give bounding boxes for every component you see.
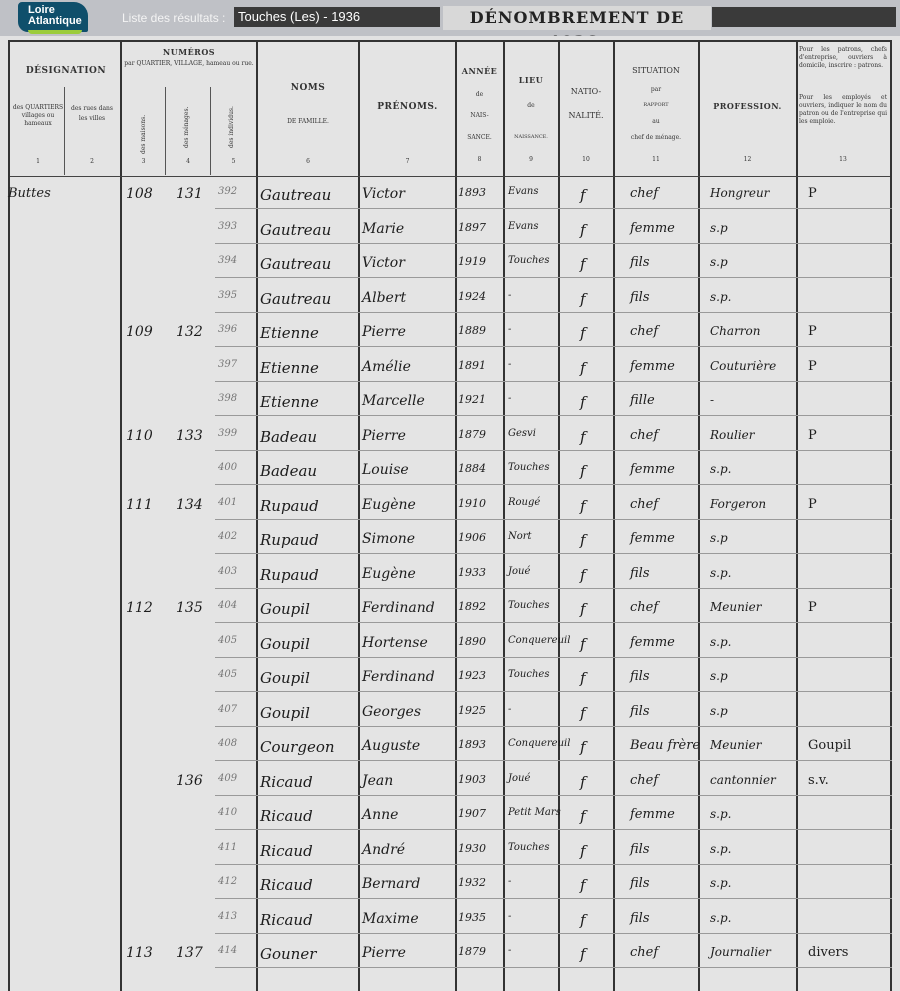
header-col1: des QUARTIERS villages ou hameaux	[12, 104, 64, 128]
row-rule	[215, 588, 892, 589]
header-numeros: NUMÉROS	[122, 47, 256, 57]
header-lieu: LIEU	[504, 75, 558, 85]
title-bar-filler	[712, 7, 896, 27]
profession-cell: s.p	[710, 704, 728, 718]
header-situation: SITUATION	[614, 66, 698, 75]
household-role-cell: chef	[630, 428, 658, 443]
profession-cell: s.p.	[710, 807, 731, 821]
profession-cell: s.p.	[710, 635, 731, 649]
row-rule	[215, 864, 892, 865]
row-rule	[215, 829, 892, 830]
birth-year-cell: 1897	[458, 221, 486, 234]
maison-number-cell: 110	[126, 428, 153, 444]
birthplace-cell: Evans	[508, 221, 538, 232]
birth-year-cell: 1925	[458, 704, 486, 717]
birth-year-cell: 1903	[458, 773, 486, 786]
nationality-cell: f	[580, 600, 586, 618]
birthplace-cell: -	[508, 324, 511, 335]
individu-number-cell: 408	[218, 738, 237, 749]
nationality-cell: f	[580, 290, 586, 308]
individu-number-cell: 401	[218, 497, 237, 508]
employer-cell: P	[808, 497, 817, 512]
birthplace-cell: Touches	[508, 255, 549, 266]
census-table-frame	[8, 40, 892, 991]
first-name-cell: Georges	[362, 704, 421, 720]
household-role-cell: chef	[630, 600, 658, 615]
nationality-cell: f	[580, 324, 586, 342]
surname-cell: Goupil	[260, 635, 310, 653]
nationality-cell: f	[580, 531, 586, 549]
first-name-cell: Hortense	[362, 635, 428, 651]
menage-number-cell: 136	[176, 773, 203, 789]
birth-year-cell: 1924	[458, 290, 486, 303]
header-situation-sub2: RAPPORT	[614, 102, 698, 108]
column-divider	[613, 40, 615, 991]
profession-cell: -	[710, 393, 714, 407]
household-role-cell: Beau frère	[630, 738, 700, 753]
birth-year-cell: 1879	[458, 428, 486, 441]
column-divider	[796, 40, 798, 991]
birth-year-cell: 1884	[458, 462, 486, 475]
household-role-cell: chef	[630, 773, 658, 788]
nationality-cell: f	[580, 635, 586, 653]
surname-cell: Badeau	[260, 462, 317, 480]
individu-number-cell: 404	[218, 600, 237, 611]
first-name-cell: Eugène	[362, 566, 416, 582]
profession-cell: Forgeron	[710, 497, 766, 511]
menage-number-cell: 132	[176, 324, 203, 340]
household-role-cell: fille	[630, 393, 655, 408]
household-role-cell: fils	[630, 255, 650, 270]
header-col8-num: 8	[456, 156, 503, 163]
individu-number-cell: 402	[218, 531, 237, 542]
birthplace-cell: Nort	[508, 531, 532, 542]
birth-year-cell: 1932	[458, 876, 486, 889]
individu-number-cell: 405	[218, 669, 237, 680]
surname-cell: Goupil	[260, 704, 310, 722]
first-name-cell: Jean	[362, 773, 393, 789]
profession-cell: s.p.	[710, 462, 731, 476]
header-annee-sub2: NAIS-	[456, 112, 503, 119]
birthplace-cell: Rougé	[508, 497, 540, 508]
nationality-cell: f	[580, 221, 586, 239]
header-patrons-note: Pour les patrons, chefs d'entreprise, ou…	[799, 46, 887, 70]
employer-cell: P	[808, 359, 817, 374]
birth-year-cell: 1891	[458, 359, 486, 372]
header-nationalite-sub: NALITÉ.	[559, 111, 613, 120]
surname-cell: Gautreau	[260, 290, 331, 308]
top-bar: Loire Atlantique Liste des résultats : T…	[0, 0, 900, 36]
household-role-cell: femme	[630, 635, 675, 650]
header-designation: DÉSIGNATION	[12, 66, 120, 76]
individu-number-cell: 393	[218, 221, 237, 232]
first-name-cell: Ferdinand	[362, 600, 435, 616]
birthplace-cell: Conquereuil	[508, 635, 570, 646]
birthplace-cell: Joué	[508, 773, 530, 784]
birth-year-cell: 1907	[458, 807, 486, 820]
nationality-cell: f	[580, 876, 586, 894]
birth-year-cell: 1910	[458, 497, 486, 510]
row-rule	[215, 277, 892, 278]
first-name-cell: Ferdinand	[362, 669, 435, 685]
birth-year-cell: 1893	[458, 738, 486, 751]
nationality-cell: f	[580, 807, 586, 825]
first-name-cell: Auguste	[362, 738, 420, 754]
household-role-cell: femme	[630, 221, 675, 236]
menage-number-cell: 135	[176, 600, 203, 616]
household-role-cell: fils	[630, 842, 650, 857]
individu-number-cell: 411	[218, 842, 237, 853]
header-situation-sub4: chef de ménage.	[614, 134, 698, 141]
header-lieu-sub2: NAISSANCE.	[504, 134, 558, 140]
header-profession: PROFESSION.	[699, 101, 796, 111]
employer-cell: s.v.	[808, 773, 829, 788]
profession-cell: Journalier	[710, 945, 771, 959]
household-role-cell: chef	[630, 324, 658, 339]
census-page-image: DÉSIGNATION des QUARTIERS villages ou ha…	[0, 36, 900, 991]
birthplace-cell: Touches	[508, 600, 549, 611]
nationality-cell: f	[580, 462, 586, 480]
header-col1-num: 1	[12, 158, 64, 165]
individu-number-cell: 410	[218, 807, 237, 818]
row-rule	[215, 622, 892, 623]
header-col11-num: 11	[614, 156, 698, 163]
birthplace-cell: Petit Mars	[508, 807, 561, 818]
individu-number-cell: 414	[218, 945, 237, 956]
household-role-cell: fils	[630, 704, 650, 719]
loire-atlantique-logo[interactable]: Loire Atlantique	[18, 2, 88, 32]
birthplace-cell: -	[508, 393, 511, 404]
surname-cell: Gautreau	[260, 186, 331, 204]
header-col12-num: 12	[699, 156, 796, 163]
column-divider	[358, 40, 360, 991]
surname-cell: Ricaud	[260, 842, 313, 860]
surname-cell: Etienne	[260, 359, 319, 377]
nationality-cell: f	[580, 704, 586, 722]
individu-number-cell: 396	[218, 324, 237, 335]
surname-cell: Etienne	[260, 393, 319, 411]
individu-number-cell: 399	[218, 428, 237, 439]
header-col3-num: 3	[122, 158, 165, 165]
header-col10-num: 10	[559, 156, 613, 163]
header-nationalite: NATIO-	[559, 87, 613, 96]
birthplace-cell: -	[508, 945, 511, 956]
column-divider	[455, 40, 457, 991]
header-noms-sub: DE FAMILLE.	[258, 118, 358, 125]
first-name-cell: Eugène	[362, 497, 416, 513]
first-name-cell: Amélie	[362, 359, 411, 375]
surname-cell: Rupaud	[260, 497, 319, 515]
row-rule	[215, 760, 892, 761]
first-name-cell: Marcelle	[362, 393, 425, 409]
first-name-cell: Pierre	[362, 324, 406, 340]
menage-number-cell: 131	[176, 186, 203, 202]
nationality-cell: f	[580, 255, 586, 273]
nationality-cell: f	[580, 359, 586, 377]
results-select[interactable]: Touches (Les) - 1936	[234, 7, 440, 27]
row-rule	[215, 691, 892, 692]
column-divider	[120, 40, 122, 991]
header-employes-note: Pour les employés et ouvriers, indiquer …	[799, 94, 887, 126]
row-rule	[215, 208, 892, 209]
nationality-cell: f	[580, 945, 586, 963]
birth-year-cell: 1933	[458, 566, 486, 579]
birthplace-cell: Touches	[508, 669, 549, 680]
profession-cell: s.p	[710, 255, 728, 269]
individu-number-cell: 403	[218, 566, 237, 577]
surname-cell: Badeau	[260, 428, 317, 446]
profession-cell: s.p.	[710, 911, 731, 925]
surname-cell: Rupaud	[260, 531, 319, 549]
profession-cell: s.p	[710, 221, 728, 235]
column-divider	[256, 40, 258, 991]
first-name-cell: Pierre	[362, 945, 406, 961]
header-col2-num: 2	[66, 158, 118, 165]
individu-number-cell: 407	[218, 704, 237, 715]
first-name-cell: Maxime	[362, 911, 419, 927]
first-name-cell: Louise	[362, 462, 409, 478]
header-col9-num: 9	[504, 156, 558, 163]
household-role-cell: fils	[630, 290, 650, 305]
first-name-cell: Albert	[362, 290, 406, 306]
header-annee-sub1: de	[456, 91, 503, 98]
profession-cell: cantonnier	[710, 773, 776, 787]
birth-year-cell: 1889	[458, 324, 486, 337]
profession-cell: s.p.	[710, 566, 731, 580]
column-divider	[558, 40, 560, 991]
profession-cell: Charron	[710, 324, 761, 338]
surname-cell: Gouner	[260, 945, 316, 963]
maison-number-cell: 109	[126, 324, 153, 340]
birthplace-cell: Gesvi	[508, 428, 536, 439]
surname-cell: Gautreau	[260, 255, 331, 273]
profession-cell: s.p.	[710, 876, 731, 890]
nationality-cell: f	[580, 428, 586, 446]
birth-year-cell: 1921	[458, 393, 486, 406]
surname-cell: Ricaud	[260, 911, 313, 929]
household-role-cell: fils	[630, 566, 650, 581]
header-numeros-sub: par QUARTIER, VILLAGE, hameau ou rue.	[122, 60, 256, 68]
surname-cell: Ricaud	[260, 876, 313, 894]
menage-number-cell: 133	[176, 428, 203, 444]
nationality-cell: f	[580, 773, 586, 791]
individu-number-cell: 400	[218, 462, 237, 473]
birth-year-cell: 1879	[458, 945, 486, 958]
profession-cell: Meunier	[710, 738, 762, 752]
document-title: DÉNOMBREMENT DE 1936.	[443, 6, 711, 30]
household-role-cell: femme	[630, 359, 675, 374]
employer-cell: P	[808, 324, 817, 339]
employer-cell: P	[808, 186, 817, 201]
individu-number-cell: 392	[218, 186, 237, 197]
profession-cell: Couturière	[710, 359, 776, 373]
first-name-cell: André	[362, 842, 405, 858]
household-role-cell: femme	[630, 807, 675, 822]
birth-year-cell: 1919	[458, 255, 486, 268]
header-prenoms: PRÉNOMS.	[360, 102, 455, 112]
profession-cell: s.p	[710, 531, 728, 545]
row-rule	[215, 381, 892, 382]
household-role-cell: chef	[630, 945, 658, 960]
header-annee-sub3: SANCE.	[456, 134, 503, 141]
header-lieu-sub1: de	[504, 102, 558, 109]
surname-cell: Gautreau	[260, 221, 331, 239]
surname-cell: Ricaud	[260, 807, 313, 825]
row-rule	[215, 415, 892, 416]
column-divider	[698, 40, 700, 991]
individu-number-cell: 405	[218, 635, 237, 646]
individu-number-cell: 395	[218, 290, 237, 301]
birthplace-cell: -	[508, 359, 511, 370]
individu-number-cell: 409	[218, 773, 237, 784]
birthplace-cell: Joué	[508, 566, 530, 577]
menage-number-cell: 137	[176, 945, 203, 961]
surname-cell: Courgeon	[260, 738, 335, 756]
nationality-cell: f	[580, 738, 586, 756]
surname-cell: Rupaud	[260, 566, 319, 584]
birthplace-cell: Evans	[508, 186, 538, 197]
individu-number-cell: 397	[218, 359, 237, 370]
first-name-cell: Simone	[362, 531, 415, 547]
birthplace-cell: -	[508, 911, 511, 922]
header-noms: NOMS	[258, 83, 358, 93]
row-rule	[215, 726, 892, 727]
nationality-cell: f	[580, 669, 586, 687]
first-name-cell: Pierre	[362, 428, 406, 444]
first-name-cell: Anne	[362, 807, 398, 823]
maison-number-cell: 111	[126, 497, 153, 513]
nationality-cell: f	[580, 842, 586, 860]
header-annee: ANNÉE	[456, 66, 503, 76]
nationality-cell: f	[580, 186, 586, 204]
nationality-cell: f	[580, 393, 586, 411]
row-rule	[215, 243, 892, 244]
employer-cell: P	[808, 600, 817, 615]
row-rule	[215, 967, 892, 968]
row-rule	[215, 657, 892, 658]
nationality-cell: f	[580, 911, 586, 929]
household-role-cell: femme	[630, 531, 675, 546]
row-rule	[215, 553, 892, 554]
first-name-cell: Victor	[362, 255, 405, 271]
birth-year-cell: 1930	[458, 842, 486, 855]
first-name-cell: Victor	[362, 186, 405, 202]
header-situation-sub1: par	[614, 86, 698, 93]
row-rule	[215, 898, 892, 899]
column-divider	[64, 87, 65, 175]
birth-year-cell: 1923	[458, 669, 486, 682]
profession-cell: s.p.	[710, 842, 731, 856]
birth-year-cell: 1935	[458, 911, 486, 924]
logo-line2: Atlantique	[28, 16, 88, 27]
header-col6-num: 6	[258, 158, 358, 165]
profession-cell: Hongreur	[710, 186, 769, 200]
employer-cell: divers	[808, 945, 848, 960]
individu-number-cell: 412	[218, 876, 237, 887]
header-col3: des maisons.	[140, 115, 147, 154]
birthplace-cell: -	[508, 704, 511, 715]
nationality-cell: f	[580, 566, 586, 584]
birth-year-cell: 1906	[458, 531, 486, 544]
birth-year-cell: 1893	[458, 186, 486, 199]
first-name-cell: Marie	[362, 221, 404, 237]
household-role-cell: fils	[630, 876, 650, 891]
employer-cell: P	[808, 428, 817, 443]
maison-number-cell: 112	[126, 600, 153, 616]
header-separator	[10, 176, 890, 177]
household-role-cell: fils	[630, 911, 650, 926]
individu-number-cell: 394	[218, 255, 237, 266]
row-rule	[215, 450, 892, 451]
birthplace-cell: Touches	[508, 842, 549, 853]
individu-number-cell: 398	[218, 393, 237, 404]
nationality-cell: f	[580, 497, 586, 515]
birthplace-cell: -	[508, 290, 511, 301]
header-col4-num: 4	[166, 158, 210, 165]
menage-number-cell: 134	[176, 497, 203, 513]
surname-cell: Goupil	[260, 600, 310, 618]
surname-cell: Ricaud	[260, 773, 313, 791]
maison-number-cell: 108	[126, 186, 153, 202]
row-rule	[215, 519, 892, 520]
quartier-cell: Buttes	[8, 186, 51, 201]
household-role-cell: chef	[630, 186, 658, 201]
birthplace-cell: Touches	[508, 462, 549, 473]
header-col2: des rues dans les villes	[66, 104, 118, 124]
header-situation-sub3: au	[614, 118, 698, 125]
birth-year-cell: 1890	[458, 635, 486, 648]
surname-cell: Goupil	[260, 669, 310, 687]
profession-cell: s.p	[710, 669, 728, 683]
employer-cell: Goupil	[808, 738, 851, 753]
maison-number-cell: 113	[126, 945, 153, 961]
birthplace-cell: Conquereuil	[508, 738, 570, 749]
header-col5-num: 5	[211, 158, 256, 165]
row-rule	[215, 933, 892, 934]
header-col4: des ménages.	[183, 107, 190, 148]
surname-cell: Etienne	[260, 324, 319, 342]
household-role-cell: femme	[630, 462, 675, 477]
row-rule	[215, 484, 892, 485]
results-label: Liste des résultats :	[122, 11, 225, 25]
column-divider	[503, 40, 505, 991]
birthplace-cell: -	[508, 876, 511, 887]
birth-year-cell: 1892	[458, 600, 486, 613]
header-col7-num: 7	[360, 158, 455, 165]
first-name-cell: Bernard	[362, 876, 420, 892]
profession-cell: Meunier	[710, 600, 762, 614]
individu-number-cell: 413	[218, 911, 237, 922]
household-role-cell: fils	[630, 669, 650, 684]
header-col13-num: 13	[799, 156, 887, 163]
header-col5: des individus.	[228, 106, 235, 148]
row-rule	[215, 346, 892, 347]
profession-cell: Roulier	[710, 428, 755, 442]
profession-cell: s.p.	[710, 290, 731, 304]
row-rule	[215, 312, 892, 313]
household-role-cell: chef	[630, 497, 658, 512]
row-rule	[215, 795, 892, 796]
